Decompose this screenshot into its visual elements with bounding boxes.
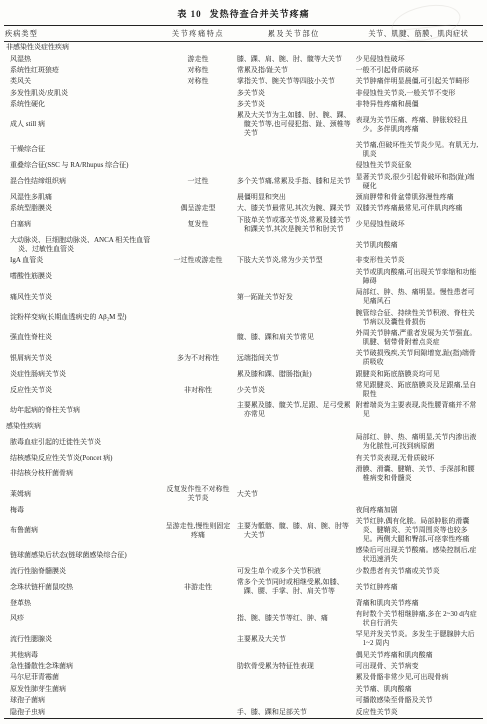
table-row: 念珠状链杆菌鼠咬热非游走性常多个关节同时或相继受累,如膝、踝、腰、手掌、肘、肩关… bbox=[4, 577, 483, 597]
pain-feature bbox=[162, 672, 234, 683]
symptoms-text: 少数患者有关节痛或关节炎 bbox=[354, 566, 483, 577]
disease-name: 痛风性关节炎 bbox=[4, 287, 162, 307]
symptoms-text: 一般不引起骨质破坏 bbox=[354, 65, 483, 76]
table-row: 白塞病复发性下肢单关节或寡关节炎,常累及膝关节和踝关节,其次是腕关节和肘关节少见… bbox=[4, 215, 483, 235]
joint-sites bbox=[234, 421, 354, 432]
pain-feature bbox=[162, 235, 234, 255]
disease-name: 幼年起病的脊柱关节病 bbox=[4, 400, 162, 420]
table-row: 炎症性肠病关节炎累及膝和踝、腊肠指(趾)跟腱炎和跖底筋膜炎均可见 bbox=[4, 369, 483, 380]
disease-name: 炎症性肠病关节炎 bbox=[4, 369, 162, 380]
pain-feature bbox=[162, 609, 234, 629]
symptoms-text: 侵蚀性关节炎征象 bbox=[354, 160, 483, 171]
table-row: 成人 still 病累及大关节为主,如膝、肘、腕、踝、髋关节等,也可侵犯指、趾、… bbox=[4, 110, 483, 139]
disease-name: 流行性脑脊髓膜炎 bbox=[4, 566, 162, 577]
pain-feature bbox=[162, 307, 234, 327]
table-row: 结核感染反应性关节炎(Poncet 病)有关节炎表现,无骨质破坏 bbox=[4, 452, 483, 463]
disease-name: 念珠状链杆菌鼠咬热 bbox=[4, 577, 162, 597]
table-row: 幼年起病的脊柱关节病主要累及膝、髋关节,足跟、足弓受累亦常见附着端炎为主要表现,… bbox=[4, 400, 483, 420]
pain-feature: 反复发作性不对称性关节炎 bbox=[162, 484, 234, 504]
disease-name: 风湿热 bbox=[4, 53, 162, 64]
joint-sites bbox=[234, 672, 354, 683]
symptoms-text: 罕见并发关节炎。多发生于腮腺肿大后 1~2 周内 bbox=[354, 629, 483, 649]
table-row: 风湿热游走性膝、踝、肩、腕、肘、髋等大关节少见侵蚀性破坏 bbox=[4, 53, 483, 64]
table-row: 嗜酸性筋膜炎关节或肌肉酸痛,可出现关节挛缩和功能障碍 bbox=[4, 267, 483, 287]
table-row: 脓毒血症引起的迁徙性关节炎局部红、肿、热、痛明显,关节内渗出液为化脓性,可找到病… bbox=[4, 432, 483, 452]
pain-feature: 非游走性 bbox=[162, 577, 234, 597]
disease-name: 流行性腮腺炎 bbox=[4, 629, 162, 649]
pain-feature bbox=[162, 42, 234, 54]
joint-sites: 掌指关节、腕关节等四肢小关节 bbox=[234, 76, 354, 87]
symptoms-text: 关节肿痛伴明显晨僵,可引起关节畸形 bbox=[354, 76, 483, 87]
pain-feature: 偶呈游走型 bbox=[162, 203, 234, 214]
table-row: 风疹指、腕、膝关节等红、肿、痛有时数个关节相继肿痛,多在 2~30 d内症状自行… bbox=[4, 609, 483, 629]
disease-name: 急性播散性念珠菌病 bbox=[4, 661, 162, 672]
joint-sites bbox=[234, 235, 354, 255]
disease-name: 系统性硬化 bbox=[4, 99, 162, 110]
joint-sites bbox=[234, 42, 354, 54]
joint-sites: 累及大关节为主,如膝、肘、腕、踝、髋关节等,也可侵犯指、趾、颈椎等关节 bbox=[234, 110, 354, 139]
symptoms-text: 腕管综合征、持续性关节积液、脊柱关节病以及囊性骨损伤 bbox=[354, 307, 483, 327]
joint-sites bbox=[234, 505, 354, 516]
table-title: 表 10发热待查合并关节疼痛 bbox=[4, 4, 483, 25]
disease-name: 混合性结缔组织病 bbox=[4, 171, 162, 191]
pain-feature bbox=[162, 597, 234, 608]
joint-sites bbox=[234, 597, 354, 608]
joint-sites: 下肢单关节或寡关节炎,常累及膝关节和踝关节,其次是腕关节和肘关节 bbox=[234, 215, 354, 235]
pain-feature bbox=[162, 452, 234, 463]
joint-sites: 常累及指/趾关节 bbox=[234, 65, 354, 76]
table-row: 急性播散性念珠菌病肋软骨受累为特征性表现可出现骨、关节病变 bbox=[4, 661, 483, 672]
disease-name: 其他病毒 bbox=[4, 650, 162, 661]
table-row: 大动脉炎、巨细胞动脉炎、ANCA 相关性血管炎、过敏性血管炎关节肌肉酸痛 bbox=[4, 235, 483, 255]
joint-sites bbox=[234, 545, 354, 565]
pain-feature bbox=[162, 267, 234, 287]
table-row: 反应性关节炎非对称性少关节炎常见跟腱炎、跖底筋膜炎及足跟痛,呈自限性 bbox=[4, 380, 483, 400]
pain-feature: 对称性 bbox=[162, 65, 234, 76]
joint-sites bbox=[234, 464, 354, 484]
table-row: IgA 血管炎一过性或游走性下肢大关节炎,常为少关节型非变形性关节炎 bbox=[4, 255, 483, 266]
disease-name: 风疹 bbox=[4, 609, 162, 629]
table-row: 马尔尼菲青霉菌累及骨骼非常少见,可出现骨病 bbox=[4, 672, 483, 683]
joint-sites: 晨僵明显和突出 bbox=[234, 192, 354, 203]
section-row: 感染性疾病 bbox=[4, 421, 483, 432]
pain-feature bbox=[162, 432, 234, 452]
table-row: 球孢子菌病可播散感染至骨骼及关节 bbox=[4, 695, 483, 706]
joint-sites: 髋、膝、踝和肩关节常见 bbox=[234, 328, 354, 348]
table-row: 流行性腮腺炎主要累及大关节罕见并发关节炎。多发生于腮腺肿大后 1~2 周内 bbox=[4, 629, 483, 649]
table-row: 银屑病关节炎多为不对称性远端指间关节关节破损残疾,关节间隙增宽,趾(指)端骨质吸… bbox=[4, 348, 483, 368]
table-title-text: 发热待查合并关节疼痛 bbox=[210, 9, 310, 19]
table-row: 风湿性多肌痛晨僵明显和突出颈肩胛带和骨盆带肌弥漫性疼痛 bbox=[4, 192, 483, 203]
column-header-pain-feature: 关节疼痛特点 bbox=[162, 26, 234, 42]
pain-feature bbox=[162, 421, 234, 432]
pain-feature bbox=[162, 287, 234, 307]
symptoms-text: 跟腱炎和跖底筋膜炎均可见 bbox=[354, 369, 483, 380]
symptoms-text: 关节破损残疾,关节间隙增宽,趾(指)端骨质吸收 bbox=[354, 348, 483, 368]
pain-feature: 非对称性 bbox=[162, 380, 234, 400]
pain-feature bbox=[162, 464, 234, 484]
pain-feature bbox=[162, 545, 234, 565]
disease-name: 莱姆病 bbox=[4, 484, 162, 504]
pain-feature bbox=[162, 706, 234, 718]
joint-sites: 主要累及大关节 bbox=[234, 629, 354, 649]
joint-sites: 可发生单个或多个关节积液 bbox=[234, 566, 354, 577]
symptoms-text: 颈肩胛带和骨盆带肌弥漫性疼痛 bbox=[354, 192, 483, 203]
joint-sites: 多个关节痛,常累及手指、膝和足关节 bbox=[234, 171, 354, 191]
joint-sites: 主要累及膝、髋关节,足跟、足弓受累亦常见 bbox=[234, 400, 354, 420]
pain-feature bbox=[162, 661, 234, 672]
disease-name: 风湿性多肌痛 bbox=[4, 192, 162, 203]
pain-feature: 多为不对称性 bbox=[162, 348, 234, 368]
column-header-symptoms: 关节、肌腱、筋膜、肌肉症状 bbox=[354, 26, 483, 42]
joint-sites: 膝、踝、肩、腕、肘、髋等大关节 bbox=[234, 53, 354, 64]
disease-name: 类风关 bbox=[4, 76, 162, 87]
symptoms-text: 非侵蚀性关节炎,一般关节不变形 bbox=[354, 88, 483, 99]
data-table: 疾病类型 关节疼痛特点 累及关节部位 关节、肌腱、筋膜、肌肉症状 非感染性炎症性… bbox=[4, 25, 483, 719]
pain-feature bbox=[162, 110, 234, 139]
joint-sites bbox=[234, 160, 354, 171]
table-body: 非感染性炎症性疾病风湿热游走性膝、踝、肩、腕、肘、髋等大关节少见侵蚀性破坏系统性… bbox=[4, 42, 483, 719]
joint-sites bbox=[234, 267, 354, 287]
pain-feature: 呈游走性,慢性则固定疼痛 bbox=[162, 516, 234, 545]
table-row: 非结核分枝杆菌骨病滑膜、滑囊、腱鞘、关节、手深部和腰椎病变和骨髓炎 bbox=[4, 464, 483, 484]
symptoms-text: 有关节炎表现,无骨质破坏 bbox=[354, 452, 483, 463]
symptoms-text: 关节或肌肉酸痛,可出现关节挛缩和功能障碍 bbox=[354, 267, 483, 287]
pain-feature: 一过性 bbox=[162, 171, 234, 191]
disease-name: 系统型脂膜炎 bbox=[4, 203, 162, 214]
pain-feature bbox=[162, 328, 234, 348]
disease-name: 淀粉样变病(长期血透病史的 Aβ₂M 型) bbox=[4, 307, 162, 327]
disease-name: 隐孢子虫病 bbox=[4, 706, 162, 718]
symptoms-text: 非特异性疼痛和晨僵 bbox=[354, 99, 483, 110]
joint-sites: 下肢大关节炎,常为少关节型 bbox=[234, 255, 354, 266]
disease-name: 非结核分枝杆菌骨病 bbox=[4, 464, 162, 484]
table-row: 强直性脊柱炎髋、膝、踝和肩关节常见外周关节肿痛,严重者发展为关节强直。肌腱、韧带… bbox=[4, 328, 483, 348]
joint-sites: 大关节 bbox=[234, 484, 354, 504]
symptoms-text: 非变形性关节炎 bbox=[354, 255, 483, 266]
table-number: 表 10 bbox=[177, 9, 201, 19]
joint-sites bbox=[234, 684, 354, 695]
disease-name: 原发性肺芽生菌病 bbox=[4, 684, 162, 695]
symptoms-text: 夜间疼痛加剧 bbox=[354, 505, 483, 516]
pain-feature: 对称性 bbox=[162, 76, 234, 87]
joint-sites: 远端指间关节 bbox=[234, 348, 354, 368]
joint-sites: 常多个关节同时或相继受累,如膝、踝、腰、手掌、肘、肩关节等 bbox=[234, 577, 354, 597]
document-page: 表 10发热待查合并关节疼痛 疾病类型 关节疼痛特点 累及关节部位 关节、肌腱、… bbox=[0, 0, 487, 724]
table-row: 莱姆病反复发作性不对称性关节炎大关节 bbox=[4, 484, 483, 504]
disease-name: 结核感染反应性关节炎(Poncet 病) bbox=[4, 452, 162, 463]
table-row: 其他病毒偶见关节疼痛和肌肉酸痛 bbox=[4, 650, 483, 661]
disease-name: 大动脉炎、巨细胞动脉炎、ANCA 相关性血管炎、过敏性血管炎 bbox=[4, 235, 162, 255]
disease-name: 球孢子菌病 bbox=[4, 695, 162, 706]
header-row: 疾病类型 关节疼痛特点 累及关节部位 关节、肌腱、筋膜、肌肉症状 bbox=[4, 26, 483, 42]
symptoms-text: 表现为关节压痛、疼痛、肿胀较轻且少。多伴肌肉疼痛 bbox=[354, 110, 483, 139]
column-header-disease: 疾病类型 bbox=[4, 26, 162, 42]
disease-name: IgA 血管炎 bbox=[4, 255, 162, 266]
pain-feature bbox=[162, 505, 234, 516]
joint-sites: 少关节炎 bbox=[234, 380, 354, 400]
symptoms-text: 附着端炎为主要表现,炎性腰背痛并不常见 bbox=[354, 400, 483, 420]
joint-sites: 第一跖趾关节好发 bbox=[234, 287, 354, 307]
disease-name: 反应性关节炎 bbox=[4, 380, 162, 400]
pain-feature: 游走性 bbox=[162, 53, 234, 64]
pain-feature bbox=[162, 160, 234, 171]
symptoms-text: 可播散感染至骨骼及关节 bbox=[354, 695, 483, 706]
symptoms-text: 关节痛、肌肉酸痛 bbox=[354, 684, 483, 695]
section-row: 非感染性炎症性疾病 bbox=[4, 42, 483, 54]
pain-feature bbox=[162, 400, 234, 420]
pain-feature bbox=[162, 566, 234, 577]
joint-sites: 主要为骶髂、髋、膝、肩、腕、肘等大关节 bbox=[234, 516, 354, 545]
disease-name: 干燥综合征 bbox=[4, 140, 162, 160]
symptoms-text bbox=[354, 42, 483, 54]
disease-name: 强直性脊柱炎 bbox=[4, 328, 162, 348]
symptoms-text: 感染后可出现关节酸痛。感染控制后,症状迅速消失 bbox=[354, 545, 483, 565]
table-row: 系统型脂膜炎偶呈游走型大、膝关节最常见,其次为腕、踝关节双膝关节疼痛最常见,可伴… bbox=[4, 203, 483, 214]
joint-sites: 多关节炎 bbox=[234, 99, 354, 110]
disease-name: 非感染性炎症性疾病 bbox=[4, 42, 162, 54]
symptoms-text: 偶见关节疼痛和肌肉酸痛 bbox=[354, 650, 483, 661]
table-row: 布鲁菌病呈游走性,慢性则固定疼痛主要为骶髂、髋、膝、肩、腕、肘等大关节关节红肿,… bbox=[4, 516, 483, 545]
table-header: 疾病类型 关节疼痛特点 累及关节部位 关节、肌腱、筋膜、肌肉症状 bbox=[4, 26, 483, 42]
joint-sites bbox=[234, 650, 354, 661]
disease-name: 感染性疾病 bbox=[4, 421, 162, 432]
symptoms-text: 局部红、肿、热、痛明显,关节内渗出液为化脓性,可找到病原菌 bbox=[354, 432, 483, 452]
joint-sites: 大、膝关节最常见,其次为腕、踝关节 bbox=[234, 203, 354, 214]
table-row: 流行性脑脊髓膜炎可发生单个或多个关节积液少数患者有关节痛或关节炎 bbox=[4, 566, 483, 577]
joint-sites: 多关节炎 bbox=[234, 88, 354, 99]
table-row: 原发性肺芽生菌病关节痛、肌肉酸痛 bbox=[4, 684, 483, 695]
symptoms-text: 显著关节炎,很少引起骨破坏和指(趾)端硬化 bbox=[354, 171, 483, 191]
disease-name: 嗜酸性筋膜炎 bbox=[4, 267, 162, 287]
symptoms-text bbox=[354, 484, 483, 504]
table-row: 混合性结缔组织病一过性多个关节痛,常累及手指、膝和足关节显著关节炎,很少引起骨破… bbox=[4, 171, 483, 191]
symptoms-text: 关节痛,但破坏性关节炎少见。有肌无力,肌炎 bbox=[354, 140, 483, 160]
symptoms-text: 有时数个关节相继肿痛,多在 2~30 d内症状自行消失 bbox=[354, 609, 483, 629]
pain-feature bbox=[162, 650, 234, 661]
disease-name: 白塞病 bbox=[4, 215, 162, 235]
table-row: 类风关对称性掌指关节、腕关节等四肢小关节关节肿痛伴明显晨僵,可引起关节畸形 bbox=[4, 76, 483, 87]
column-header-joint-sites: 累及关节部位 bbox=[234, 26, 354, 42]
table-row: 干燥综合征关节痛,但破坏性关节炎少见。有肌无力,肌炎 bbox=[4, 140, 483, 160]
symptoms-text: 关节红肿疼痛 bbox=[354, 577, 483, 597]
table-row: 登革热背痛和肌肉关节疼痛 bbox=[4, 597, 483, 608]
symptoms-text: 常见跟腱炎、跖底筋膜炎及足跟痛,呈自限性 bbox=[354, 380, 483, 400]
table-row: 隐孢子虫病手、膝、踝和足部关节反应性关节炎 bbox=[4, 706, 483, 718]
symptoms-text: 少见侵蚀性破坏 bbox=[354, 215, 483, 235]
pain-feature bbox=[162, 140, 234, 160]
pain-feature bbox=[162, 99, 234, 110]
table-row: 重叠综合征(SSC 与 RA/Rhupus 综合征)侵蚀性关节炎征象 bbox=[4, 160, 483, 171]
table-row: 链球菌感染后状态(链球菌感染综合征)感染后可出现关节酸痛。感染控制后,症状迅速消… bbox=[4, 545, 483, 565]
disease-name: 重叠综合征(SSC 与 RA/Rhupus 综合征) bbox=[4, 160, 162, 171]
pain-feature: 一过性或游走性 bbox=[162, 255, 234, 266]
symptoms-text: 滑膜、滑囊、腱鞘、关节、手深部和腰椎病变和骨髓炎 bbox=[354, 464, 483, 484]
symptoms-text: 局部红、肿、热、痛明显。慢性患者可见痛风石 bbox=[354, 287, 483, 307]
symptoms-text: 关节红肿,偶有化脓。局部肿胀的滑囊炎、腱鞘炎、关节周围炎等也较多见。两侧大腿和臀… bbox=[354, 516, 483, 545]
joint-sites bbox=[234, 140, 354, 160]
disease-name: 系统性红斑狼疮 bbox=[4, 65, 162, 76]
table-row: 梅毒夜间疼痛加剧 bbox=[4, 505, 483, 516]
pain-feature bbox=[162, 369, 234, 380]
disease-name: 布鲁菌病 bbox=[4, 516, 162, 545]
symptoms-text: 外周关节肿痛,严重者发展为关节强直。肌腱、韧带骨附着点炎症 bbox=[354, 328, 483, 348]
symptoms-text: 可出现骨、关节病变 bbox=[354, 661, 483, 672]
joint-sites bbox=[234, 452, 354, 463]
joint-sites bbox=[234, 307, 354, 327]
symptoms-text: 背痛和肌肉关节疼痛 bbox=[354, 597, 483, 608]
joint-sites: 手、膝、踝和足部关节 bbox=[234, 706, 354, 718]
symptoms-text: 双膝关节疼痛最常见,可伴肌肉疼痛 bbox=[354, 203, 483, 214]
table-row: 多发性肌炎/皮肌炎多关节炎非侵蚀性关节炎,一般关节不变形 bbox=[4, 88, 483, 99]
disease-name: 梅毒 bbox=[4, 505, 162, 516]
joint-sites bbox=[234, 432, 354, 452]
joint-sites bbox=[234, 695, 354, 706]
table-row: 系统性红斑狼疮对称性常累及指/趾关节一般不引起骨质破坏 bbox=[4, 65, 483, 76]
joint-sites: 肋软骨受累为特征性表现 bbox=[234, 661, 354, 672]
disease-name: 登革热 bbox=[4, 597, 162, 608]
table-row: 痛风性关节炎第一跖趾关节好发局部红、肿、热、痛明显。慢性患者可见痛风石 bbox=[4, 287, 483, 307]
table-row: 淀粉样变病(长期血透病史的 Aβ₂M 型)腕管综合征、持续性关节积液、脊柱关节病… bbox=[4, 307, 483, 327]
symptoms-text: 反应性关节炎 bbox=[354, 706, 483, 718]
disease-name: 脓毒血症引起的迁徙性关节炎 bbox=[4, 432, 162, 452]
disease-name: 链球菌感染后状态(链球菌感染综合征) bbox=[4, 545, 162, 565]
disease-name: 银屑病关节炎 bbox=[4, 348, 162, 368]
symptoms-text: 关节肌肉酸痛 bbox=[354, 235, 483, 255]
symptoms-text: 累及骨骼非常少见,可出现骨病 bbox=[354, 672, 483, 683]
disease-name: 多发性肌炎/皮肌炎 bbox=[4, 88, 162, 99]
disease-name: 成人 still 病 bbox=[4, 110, 162, 139]
joint-sites: 指、腕、膝关节等红、肿、痛 bbox=[234, 609, 354, 629]
symptoms-text: 少见侵蚀性破坏 bbox=[354, 53, 483, 64]
pain-feature bbox=[162, 192, 234, 203]
disease-name: 马尔尼菲青霉菌 bbox=[4, 672, 162, 683]
table-row: 系统性硬化多关节炎非特异性疼痛和晨僵 bbox=[4, 99, 483, 110]
pain-feature: 复发性 bbox=[162, 215, 234, 235]
pain-feature bbox=[162, 695, 234, 706]
joint-sites: 累及膝和踝、腊肠指(趾) bbox=[234, 369, 354, 380]
symptoms-text bbox=[354, 421, 483, 432]
pain-feature bbox=[162, 88, 234, 99]
pain-feature bbox=[162, 684, 234, 695]
pain-feature bbox=[162, 629, 234, 649]
